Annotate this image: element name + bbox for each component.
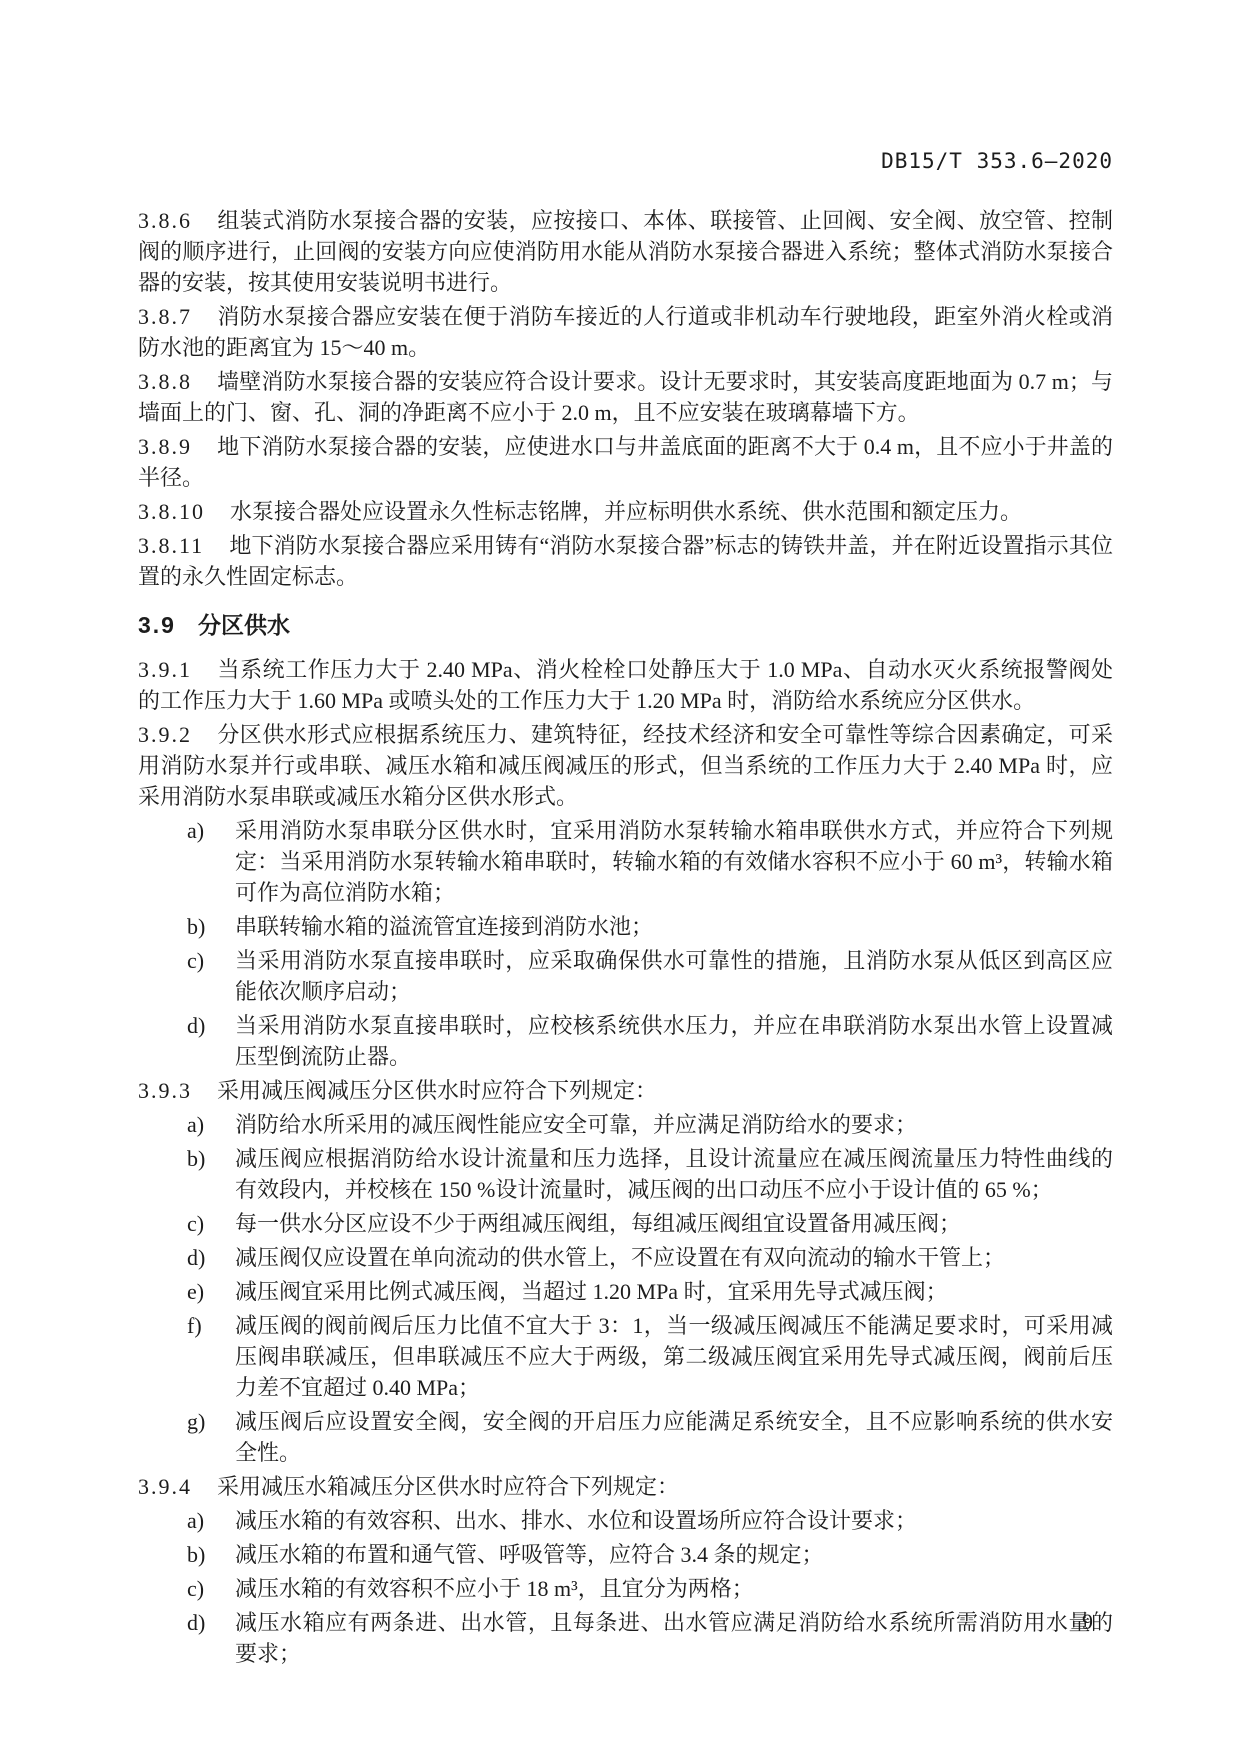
item-text: 消防给水所采用的减压阀性能应安全可靠，并应满足消防给水的要求； — [235, 1109, 1113, 1140]
page-number: 9 — [1082, 1606, 1093, 1637]
item-text: 串联转输水箱的溢流管宜连接到消防水池； — [235, 911, 1113, 942]
item-letter: c) — [187, 1573, 235, 1604]
clause-3-8-8: 3.8.8墙壁消防水泵接合器的安装应符合设计要求。设计无要求时，其安装高度距地面… — [138, 366, 1113, 428]
document-page: DB15/T 353.6—2020 3.8.6组装式消防水泵接合器的安装，应按接… — [0, 0, 1241, 1755]
item-letter: b) — [187, 911, 235, 942]
clause-3-9-4: 3.9.4采用减压水箱减压分区供水时应符合下列规定： — [138, 1471, 1113, 1502]
item-text: 减压阀宜采用比例式减压阀，当超过 1.20 MPa 时，宜采用先导式减压阀； — [235, 1276, 1113, 1307]
item-text: 减压阀仅应设置在单向流动的供水管上，不应设置在有双向流动的输水干管上； — [235, 1242, 1113, 1273]
item-letter: g) — [187, 1406, 235, 1468]
item-letter: a) — [187, 815, 235, 908]
item-text: 减压水箱的有效容积、出水、排水、水位和设置场所应符合设计要求； — [235, 1505, 1113, 1536]
item-letter: c) — [187, 1208, 235, 1239]
clause-number: 3.8.8 — [138, 369, 192, 394]
list-item-3-9-3-c: c)每一供水分区应设不少于两组减压阀组，每组减压阀组宜设置备用减压阀； — [138, 1208, 1113, 1239]
list-item-3-9-3-f: f)减压阀的阀前阀后压力比值不宜大于 3：1，当一级减压阀减压不能满足要求时，可… — [138, 1310, 1113, 1403]
item-letter: d) — [187, 1010, 235, 1072]
section-number: 3.9 — [138, 612, 176, 638]
clause-text: 消防水泵接合器应安装在便于消防车接近的人行道或非机动车行驶地段，距室外消火栓或消… — [138, 304, 1113, 360]
clause-text: 分区供水形式应根据系统压力、建筑特征，经技术经济和安全可靠性等综合因素确定，可采… — [138, 722, 1113, 809]
clause-number: 3.8.9 — [138, 434, 192, 459]
clause-text: 组装式消防水泵接合器的安装，应按接口、本体、联接管、止回阀、安全阀、放空管、控制… — [138, 208, 1113, 295]
clause-text: 水泵接合器处应设置永久性标志铭牌，并应标明供水系统、供水范围和额定压力。 — [230, 499, 1022, 524]
item-text: 减压阀应根据消防给水设计流量和压力选择，且设计流量应在减压阀流量压力特性曲线的有… — [235, 1143, 1113, 1205]
item-letter: b) — [187, 1143, 235, 1205]
document-header: DB15/T 353.6—2020 — [138, 146, 1113, 177]
clause-number: 3.8.11 — [138, 533, 204, 558]
list-item-3-9-2-b: b)串联转输水箱的溢流管宜连接到消防水池； — [138, 911, 1113, 942]
item-letter: f) — [187, 1310, 235, 1403]
list-item-3-9-3-b: b)减压阀应根据消防给水设计流量和压力选择，且设计流量应在减压阀流量压力特性曲线… — [138, 1143, 1113, 1205]
item-letter: c) — [187, 945, 235, 1007]
document-body: 3.8.6组装式消防水泵接合器的安装，应按接口、本体、联接管、止回阀、安全阀、放… — [138, 205, 1113, 1669]
clause-3-9-3: 3.9.3采用减压阀减压分区供水时应符合下列规定： — [138, 1075, 1113, 1106]
list-item-3-9-3-g: g)减压阀后应设置安全阀，安全阀的开启压力应能满足系统安全，且不应影响系统的供水… — [138, 1406, 1113, 1468]
item-letter: b) — [187, 1539, 235, 1570]
item-text: 减压阀的阀前阀后压力比值不宜大于 3：1，当一级减压阀减压不能满足要求时，可采用… — [235, 1310, 1113, 1403]
item-text: 减压阀后应设置安全阀，安全阀的开启压力应能满足系统安全，且不应影响系统的供水安全… — [235, 1406, 1113, 1468]
clause-text: 地下消防水泵接合器的安装，应使进水口与井盖底面的距离不大于 0.4 m，且不应小… — [138, 434, 1113, 490]
clause-number: 3.8.10 — [138, 499, 205, 524]
list-item-3-9-3-a: a)消防给水所采用的减压阀性能应安全可靠，并应满足消防给水的要求； — [138, 1109, 1113, 1140]
item-text: 减压水箱的有效容积不应小于 18 m³，且宜分为两格； — [235, 1573, 1113, 1604]
item-letter: a) — [187, 1505, 235, 1536]
clause-3-8-10: 3.8.10水泵接合器处应设置永久性标志铭牌，并应标明供水系统、供水范围和额定压… — [138, 496, 1113, 527]
list-item-3-9-4-d: d)减压水箱应有两条进、出水管，且每条进、出水管应满足消防给水系统所需消防用水量… — [138, 1607, 1113, 1669]
list-item-3-9-3-e: e)减压阀宜采用比例式减压阀，当超过 1.20 MPa 时，宜采用先导式减压阀； — [138, 1276, 1113, 1307]
clause-text: 当系统工作压力大于 2.40 MPa、消火栓栓口处静压大于 1.0 MPa、自动… — [138, 657, 1113, 713]
list-item-3-9-4-c: c)减压水箱的有效容积不应小于 18 m³，且宜分为两格； — [138, 1573, 1113, 1604]
clause-number: 3.9.2 — [138, 722, 192, 747]
clause-number: 3.9.3 — [138, 1078, 192, 1103]
item-text: 采用消防水泵串联分区供水时，宜采用消防水泵转输水箱串联供水方式，并应符合下列规定… — [235, 815, 1113, 908]
clause-number: 3.8.6 — [138, 208, 192, 233]
section-heading-3-9: 3.9分区供水 — [138, 608, 1113, 642]
item-letter: a) — [187, 1109, 235, 1140]
item-text: 每一供水分区应设不少于两组减压阀组，每组减压阀组宜设置备用减压阀； — [235, 1208, 1113, 1239]
clause-number: 3.9.1 — [138, 657, 192, 682]
section-title: 分区供水 — [198, 612, 290, 638]
clause-3-9-1: 3.9.1当系统工作压力大于 2.40 MPa、消火栓栓口处静压大于 1.0 M… — [138, 654, 1113, 716]
list-item-3-9-3-d: d)减压阀仅应设置在单向流动的供水管上，不应设置在有双向流动的输水干管上； — [138, 1242, 1113, 1273]
clause-3-8-6: 3.8.6组装式消防水泵接合器的安装，应按接口、本体、联接管、止回阀、安全阀、放… — [138, 205, 1113, 298]
item-letter: d) — [187, 1607, 235, 1669]
clause-3-8-11: 3.8.11地下消防水泵接合器应采用铸有“消防水泵接合器”标志的铸铁井盖，并在附… — [138, 530, 1113, 592]
clause-text: 地下消防水泵接合器应采用铸有“消防水泵接合器”标志的铸铁井盖，并在附近设置指示其… — [138, 533, 1113, 589]
item-letter: e) — [187, 1276, 235, 1307]
list-item-3-9-2-d: d)当采用消防水泵直接串联时，应校核系统供水压力，并应在串联消防水泵出水管上设置… — [138, 1010, 1113, 1072]
list-item-3-9-4-a: a)减压水箱的有效容积、出水、排水、水位和设置场所应符合设计要求； — [138, 1505, 1113, 1536]
item-text: 当采用消防水泵直接串联时，应采取确保供水可靠性的措施，且消防水泵从低区到高区应能… — [235, 945, 1113, 1007]
clause-3-8-7: 3.8.7消防水泵接合器应安装在便于消防车接近的人行道或非机动车行驶地段，距室外… — [138, 301, 1113, 363]
clause-text: 采用减压水箱减压分区供水时应符合下列规定： — [217, 1474, 679, 1499]
clause-text: 墙壁消防水泵接合器的安装应符合设计要求。设计无要求时，其安装高度距地面为 0.7… — [138, 369, 1113, 425]
item-letter: d) — [187, 1242, 235, 1273]
clause-number: 3.8.7 — [138, 304, 192, 329]
clause-3-8-9: 3.8.9地下消防水泵接合器的安装，应使进水口与井盖底面的距离不大于 0.4 m… — [138, 431, 1113, 493]
item-text: 减压水箱的布置和通气管、呼吸管等，应符合 3.4 条的规定； — [235, 1539, 1113, 1570]
doc-code: DB15/T 353.6—2020 — [881, 149, 1113, 173]
clause-3-9-2: 3.9.2分区供水形式应根据系统压力、建筑特征，经技术经济和安全可靠性等综合因素… — [138, 719, 1113, 812]
list-item-3-9-4-b: b)减压水箱的布置和通气管、呼吸管等，应符合 3.4 条的规定； — [138, 1539, 1113, 1570]
item-text: 当采用消防水泵直接串联时，应校核系统供水压力，并应在串联消防水泵出水管上设置减压… — [235, 1010, 1113, 1072]
clause-number: 3.9.4 — [138, 1474, 192, 1499]
item-text: 减压水箱应有两条进、出水管，且每条进、出水管应满足消防给水系统所需消防用水量的要… — [235, 1607, 1113, 1669]
list-item-3-9-2-a: a)采用消防水泵串联分区供水时，宜采用消防水泵转输水箱串联供水方式，并应符合下列… — [138, 815, 1113, 908]
clause-text: 采用减压阀减压分区供水时应符合下列规定： — [217, 1078, 657, 1103]
list-item-3-9-2-c: c)当采用消防水泵直接串联时，应采取确保供水可靠性的措施，且消防水泵从低区到高区… — [138, 945, 1113, 1007]
